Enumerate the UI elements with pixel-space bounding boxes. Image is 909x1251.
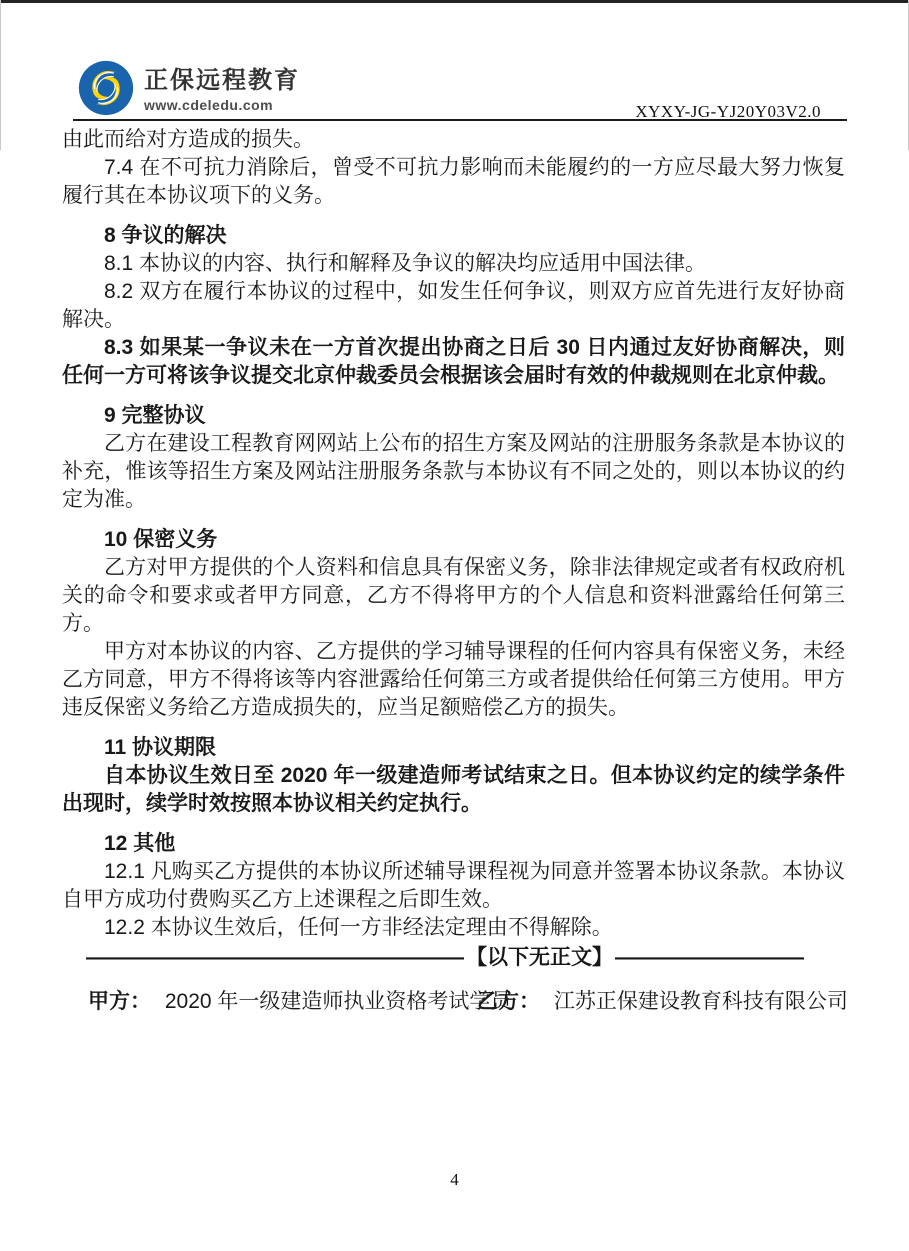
section-heading: 8 争议的解决 xyxy=(62,222,845,250)
paragraph: 12.2 本协议生效后，任何一方非经法定理由不得解除。 xyxy=(62,914,845,942)
end-of-text-separator: —————————————————— 【以下无正文】 ————————— xyxy=(86,944,845,972)
paragraph: 8.1 本协议的内容、执行和解释及争议的解决均应适用中国法律。 xyxy=(62,250,845,278)
letterhead: 正保远程教育 www.cdeledu.com XYXY-JG-YJ20Y03V2… xyxy=(78,56,847,120)
section-heading: 10 保密义务 xyxy=(62,526,845,554)
section-heading: 12 其他 xyxy=(62,830,845,858)
zhengbao-logo-swirl-icon xyxy=(78,60,134,116)
paragraph: 乙方在建设工程教育网网站上公布的招生方案及网站的注册服务条款是本协议的补充，惟该… xyxy=(62,430,845,514)
paragraph: 乙方对甲方提供的个人资料和信息具有保密义务，除非法律规定或者有权政府机关的命令和… xyxy=(62,554,845,638)
party-b-signature: 乙方： 江苏正保建设教育科技有限公司 xyxy=(477,988,848,1016)
page-number: 4 xyxy=(0,1170,909,1190)
scan-left-edge xyxy=(0,0,1,150)
paragraph: 8.2 双方在履行本协议的过程中，如发生任何争议，则双方应首先进行友好协商解决。 xyxy=(62,278,845,334)
logo-company-name: 正保远程教育 xyxy=(144,68,300,94)
party-a-signature: 甲方： 2020 年一级建造师执业资格考试学员 xyxy=(88,988,511,1016)
scan-top-edge xyxy=(0,0,909,3)
party-b-value: 江苏正保建设教育科技有限公司 xyxy=(554,990,848,1013)
logo-text-block: 正保远程教育 www.cdeledu.com xyxy=(144,68,300,113)
separator-dashes-right: ————————— xyxy=(615,944,804,972)
logo-website-url: www.cdeledu.com xyxy=(144,97,300,113)
paragraph-emphasis: 自本协议生效日至 2020 年一级建造师考试结束之日。但本协议约定的续学条件出现… xyxy=(62,762,845,818)
signature-row: 甲方： 2020 年一级建造师执业资格考试学员 乙方： 江苏正保建设教育科技有限… xyxy=(62,988,845,1020)
paragraph: 12.1 凡购买乙方提供的本协议所述辅导课程视为同意并签署本协议条款。本协议自甲… xyxy=(62,858,845,914)
party-b-label: 乙方： xyxy=(477,990,540,1013)
agreement-body: 由此而给对方造成的损失。 7.4 在不可抗力消除后，曾受不可抗力影响而未能履约的… xyxy=(62,126,845,1020)
paragraph-emphasis: 8.3 如果某一争议未在一方首次提出协商之日后 30 日内通过友好协商解决，则任… xyxy=(62,334,845,390)
separator-dashes-left: —————————————————— xyxy=(86,944,464,972)
paragraph: 甲方对本协议的内容、乙方提供的学习辅导课程的任何内容具有保密义务，未经乙方同意，… xyxy=(62,638,845,722)
end-of-text-label: 【以下无正文】 xyxy=(464,944,615,972)
document-page: 正保远程教育 www.cdeledu.com XYXY-JG-YJ20Y03V2… xyxy=(0,0,909,1251)
section-heading: 11 协议期限 xyxy=(62,734,845,762)
paragraph: 由此而给对方造成的损失。 xyxy=(62,126,845,154)
party-a-value: 2020 年一级建造师执业资格考试学员 xyxy=(165,990,512,1013)
section-heading: 9 完整协议 xyxy=(62,402,845,430)
header-rule xyxy=(73,119,847,121)
party-a-label: 甲方： xyxy=(88,990,151,1013)
paragraph: 7.4 在不可抗力消除后，曾受不可抗力影响而未能履约的一方应尽最大努力恢复履行其… xyxy=(62,154,845,210)
